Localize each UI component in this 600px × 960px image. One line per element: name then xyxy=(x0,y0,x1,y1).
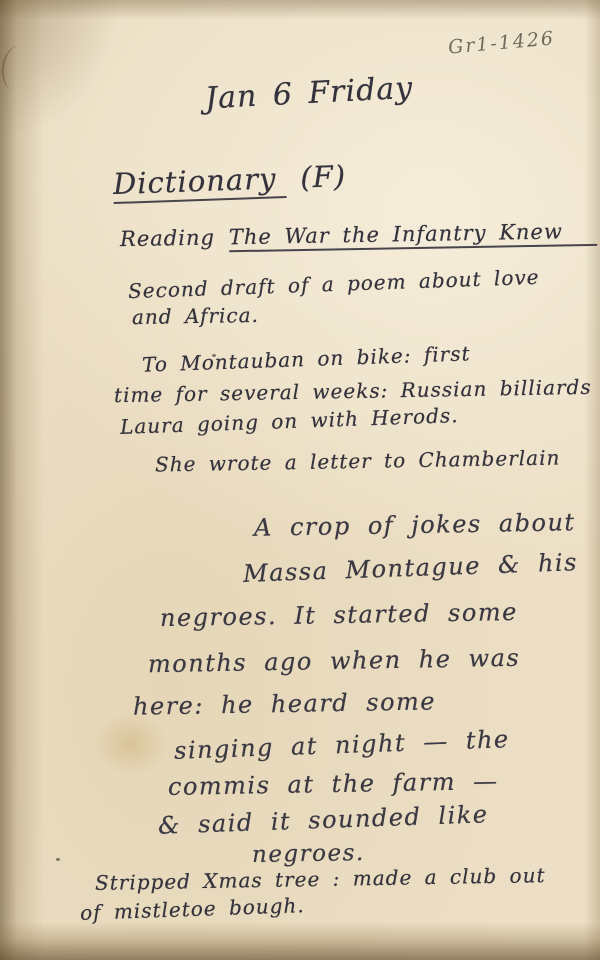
paper-edge-right xyxy=(584,0,600,960)
date-line: Jan 6 Friday xyxy=(204,71,414,117)
diary-line: Second draft of a poem about love xyxy=(128,265,540,303)
scanned-diary-page: Gr1-1426 Jan 6 Friday Dictionary(F) Read… xyxy=(0,0,600,960)
diary-line: singing at night — the xyxy=(174,725,510,765)
diary-line: To Montauban on bike: first xyxy=(142,341,471,376)
diary-line: and Africa. xyxy=(132,303,259,329)
diary-line: negroes. xyxy=(252,840,365,868)
entry-heading-suffix: (F) xyxy=(300,159,347,195)
diary-line: months ago when he was xyxy=(148,644,521,678)
ink-speck xyxy=(56,858,60,861)
reading-prefix: Reading xyxy=(120,226,215,252)
diary-line: time for several weeks: Russian billiard… xyxy=(114,375,592,407)
diary-line: of mistletoe bough. xyxy=(80,893,305,925)
paper-edge-left xyxy=(0,0,44,960)
diary-line: commis at the farm — xyxy=(168,767,499,801)
catalog-number: Gr1-1426 xyxy=(447,27,556,58)
diary-line: negroes. It started some xyxy=(160,598,518,632)
diary-line: Stripped Xmas tree : made a club out xyxy=(95,863,546,895)
diary-line: Laura going on with Herods. xyxy=(120,403,459,439)
entry-heading-word: Dictionary xyxy=(112,161,287,204)
entry-heading: Dictionary(F) xyxy=(112,159,346,201)
paper-stain xyxy=(92,712,168,776)
diary-line: She wrote a letter to Chamberlain xyxy=(155,445,561,476)
diary-line: A crop of jokes about xyxy=(254,508,576,542)
paper-edge-bottom xyxy=(0,922,600,960)
reading-line: ReadingThe War the Infantry Knew xyxy=(120,219,597,251)
reading-book-title: The War the Infantry Knew xyxy=(229,219,597,252)
diary-line: & said it sounded like xyxy=(158,800,489,840)
paper-edge-top xyxy=(0,0,600,20)
diary-line: here: he heard some xyxy=(133,687,436,720)
diary-line: Massa Montague & his xyxy=(243,548,579,588)
